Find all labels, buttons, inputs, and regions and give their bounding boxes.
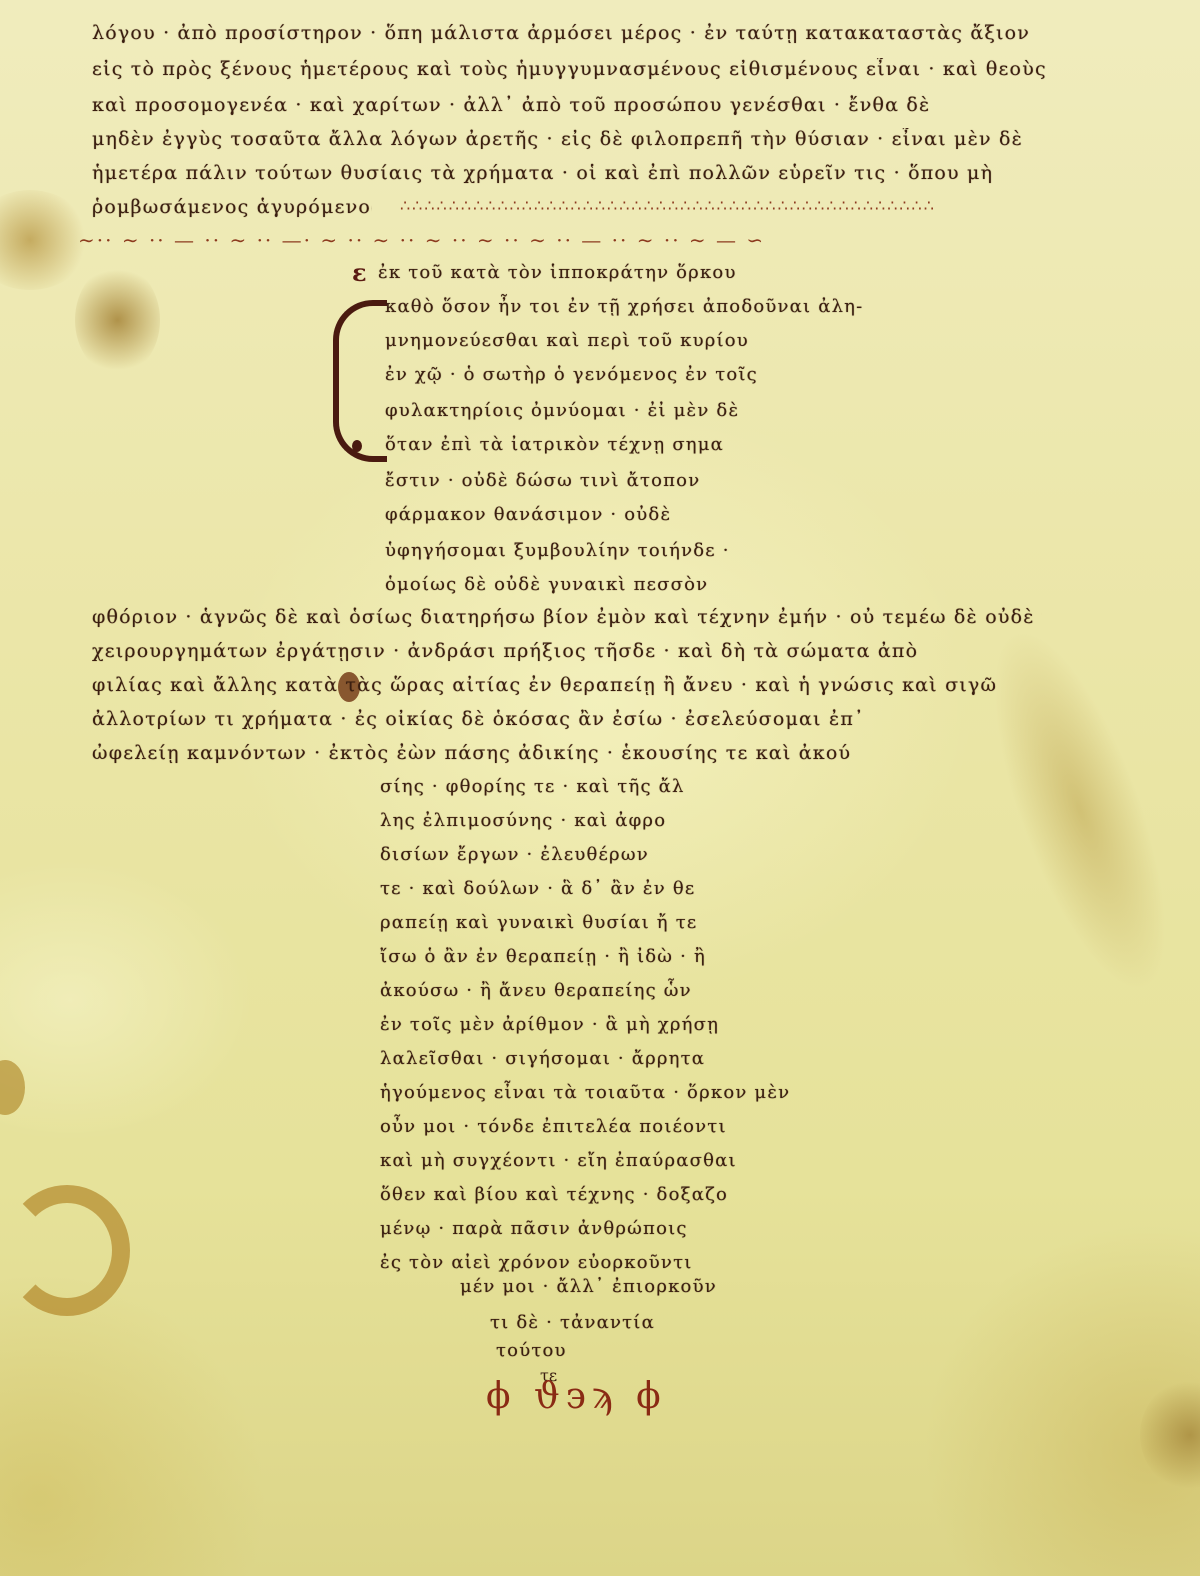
column-text-line: ὅταν ἐπὶ τὰ ἰατρικὸν τέχνῃ σημα [385,434,724,455]
top-text-line: καὶ προσομογενέα · καὶ χαρίτων · ἀλλ᾽ ἀπ… [92,94,1052,116]
ornament-dotted-row: ∴∴∴∴∴∴∴∴∴∴∴∴∴∴∴∴∴∴∴∴∴∴∴∴∴∴∴∴∴∴∴∴∴∴∴∴∴∴∴∴… [400,196,1040,215]
top-text-line: λόγου · ἀπὸ προσίστηρον · ὅπη μάλιστα ἀρ… [92,22,1052,44]
column-text-line: φάρμακον θανάσιμον · οὐδὲ [385,504,671,525]
arm-text-line: χειρουργημάτων ἐργάτῃσιν · ἀνδράσι πρήξι… [92,640,1042,662]
arm-text-line: ὠφελείῃ καμνόντων · ἐκτὸς ἐὼν πάσης ἀδικ… [92,742,1042,764]
top-text-line: ἡμετέρα πάλιν τούτων θυσίαις τὰ χρήματα … [92,162,1052,184]
column-text-line: σίης · φθορίης τε · καὶ τῆς ἄλ [380,776,685,797]
stain-bottom-right [1140,1380,1200,1490]
stain-left-oval [75,265,160,375]
top-text-line: μηδὲν ἐγγὺς τοσαῦτα ἄλλα λόγων ἀρετῆς · … [92,128,1052,150]
manuscript-page: λόγου · ἀπὸ προσίστηρον · ὅπη μάλιστα ἀρ… [0,0,1200,1576]
stain-left-small [0,1060,25,1115]
column-text-line: ἔστιν · οὐδὲ δώσω τινὶ ἄτοπον [385,470,700,491]
column-text-line: ἡγούμενος εἶναι τὰ τοιαῦτα · ὅρκον μὲν [380,1082,790,1103]
column-text-line: λης ἐλπιμοσύνης · καὶ ἀφρο [380,810,666,831]
column-text-line: ἐν χῷ · ὁ σωτὴρ ὁ γενόμενος ἐν τοῖς [385,364,758,385]
column-text-line: ὅθεν καὶ βίου καὶ τέχνης · δοξαζο [380,1184,728,1205]
column-text-line: ἐν τοῖς μὲν ἀρίθμον · ἃ μὴ χρήσῃ [380,1014,719,1035]
column-text-line: μνημονεύεσθαι καὶ περὶ τοῦ κυρίου [385,330,749,351]
stain-left-crescent [4,1185,130,1316]
column-text-line: τε · καὶ δούλων · ἃ δ᾽ ἂν ἐν θε [380,878,695,899]
column-text-line: καὶ μὴ συγχέοντι · εἴη ἐπαύρασθαι [380,1150,737,1171]
column-text-line: ἀκούσω · ἢ ἄνευ θεραπείης ὧν [380,980,692,1001]
column-text-line: οὖν μοι · τόνδε ἐπιτελέα ποιέοντι [380,1116,727,1137]
column-text-line: τούτου [496,1340,567,1361]
column-text-line: μέν μοι · ἄλλ᾽ ἐπιορκοῦν [460,1276,717,1297]
column-text-line: μένῳ · παρὰ πᾶσιν ἀνθρώποις [380,1218,688,1239]
section-title: ἐκ τοῦ κατὰ τὸν ἱπποκράτην ὅρκου [378,262,737,283]
stain-right-edge [959,611,1200,1009]
stain-top-left [0,190,90,290]
column-text-line: ὁμοίως δὲ οὐδὲ γυναικὶ πεσσὸν [385,574,708,595]
arm-text-line: ἀλλοτρίων τι χρήματα · ἐς οἰκίας δὲ ὁκόσ… [92,708,1042,730]
initial-dot [352,440,362,452]
column-text-line: ὑφηγήσομαι ξυμβουλίην τοιήνδε · [385,540,730,561]
arm-text-line: φθόριον · ἁγνῶς δὲ καὶ ὁσίως διατηρήσω β… [92,606,1042,628]
ornament-tilde-row: ∼·· ∼ ·· — ·· ∼ ·· —· ∼ ·· ∼ ·· ∼ ·· ∼ ·… [78,228,1078,252]
column-text-line: καθὸ ὅσον ἦν τοι ἐν τῇ χρήσει ἀποδοῦναι … [385,296,863,317]
colophon-rubric: ϕ ϑ϶ϡ ϕ [486,1376,667,1417]
column-text-line: φυλακτηρίοις ὀμνύομαι · ἐἰ μὲν δὲ [385,400,739,421]
decorated-initial [333,300,387,462]
column-text-line: ραπείῃ καὶ γυναικὶ θυσίαι ἤ τε [380,912,697,933]
top-text-line: ῥομβωσάμενος ἁγυρόμενος : [92,196,372,218]
column-text-line: ἐς τὸν αἰεὶ χρόνον εὐορκοῦντι [380,1252,692,1273]
arm-text-line: φιλίας καὶ ἄλλης κατὰ τὰς ὥρας αἰτίας ἐν… [92,674,1042,696]
column-text-line: ἴσω ὁ ἂν ἐν θεραπείῃ · ἢ ἰδὼ · ἢ [380,946,706,967]
column-text-line: δισίων ἔργων · ἐλευθέρων [380,844,649,865]
rubric-epsilon: ε [352,258,367,287]
column-text-line: τι δὲ · τἀναντία [490,1312,655,1333]
top-text-line: εἰς τὸ πρὸς ξένους ἡμετέρους καὶ τοὺς ἡμ… [92,58,1052,80]
column-text-line: λαλεῖσθαι · σιγήσομαι · ἄρρητα [380,1048,705,1069]
